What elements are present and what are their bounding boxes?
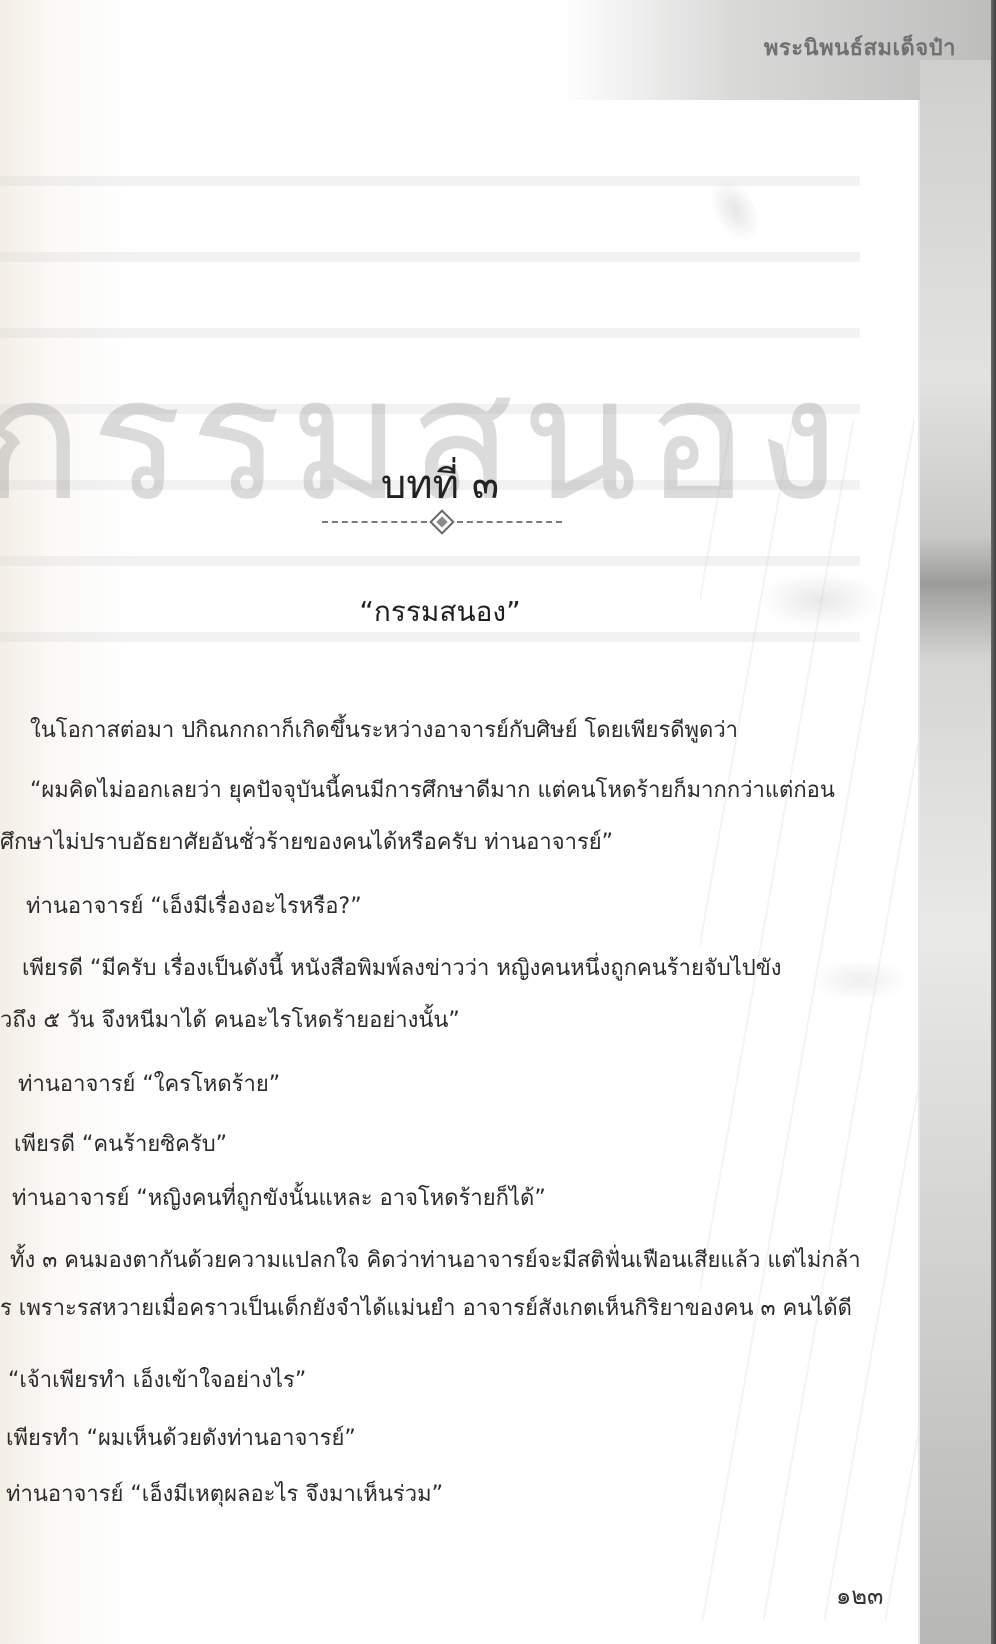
paragraph-line: “ผมคิดไม่ออกเลยว่า ยุคปัจจุบันนี้คนมีการ… [30, 772, 835, 807]
dash-divider [322, 521, 427, 523]
paragraph-line: “เจ้าเพียรทำ เอ็งเข้าใจอย่างไร” [8, 1362, 306, 1397]
paragraph-line: เพียรดี “คนร้ายซิครับ” [14, 1126, 227, 1161]
page-number: ๑๒๓ [836, 1576, 883, 1615]
dash-divider [457, 521, 562, 523]
paragraph-line: ร เพราะรสหวายเมื่อคราวเป็นเด็กยังจำได้แม… [0, 1290, 852, 1325]
paragraph-line: วถึง ๕ วัน จึงหนีมาได้ คนอะไรโหดร้ายอย่า… [0, 1002, 460, 1037]
paragraph-line: ทั้ง ๓ คนมองตากันด้วยความแปลกใจ คิดว่าท่… [10, 1242, 861, 1277]
paragraph-line: เพียรดี “มีครับ เรื่องเป็นดังนี้ หนังสือ… [22, 950, 782, 985]
diamond-icon [429, 509, 454, 534]
chapter-ornament [322, 512, 562, 532]
side-illustration-strip [920, 60, 996, 1644]
page-edge [991, 0, 996, 1644]
paragraph-line: ในโอกาสต่อมา ปกิณกกถาก็เกิดขึ้นระหว่างอา… [30, 712, 738, 747]
paragraph-line: ศึกษาไม่ปราบอัธยาศัยอันชั่วร้ายของคนได้ห… [0, 824, 613, 859]
paragraph-line: ท่านอาจารย์ “เอ็งมีเรื่องอะไรหรือ?” [26, 888, 362, 923]
book-page: พระนิพนธ์สมเด็จป๋า กรรมสนอง บทที่ ๓ “กรร… [0, 0, 996, 1644]
chapter-label: บทที่ ๓ [0, 452, 880, 516]
paragraph-line: ท่านอาจารย์ “เอ็งมีเหตุผลอะไร จึงมาเห็นร… [6, 1476, 443, 1511]
chapter-title: “กรรมสนอง” [0, 590, 880, 634]
paragraph-line: ท่านอาจารย์ “หญิงคนที่ถูกขังนั้นแหละ อาจ… [12, 1180, 546, 1215]
panel-divider [918, 100, 920, 1644]
paragraph-line: ท่านอาจารย์ “ใครโหดร้าย” [18, 1066, 280, 1101]
paragraph-line: เพียรทำ “ผมเห็นด้วยดังท่านอาจารย์” [6, 1420, 356, 1455]
